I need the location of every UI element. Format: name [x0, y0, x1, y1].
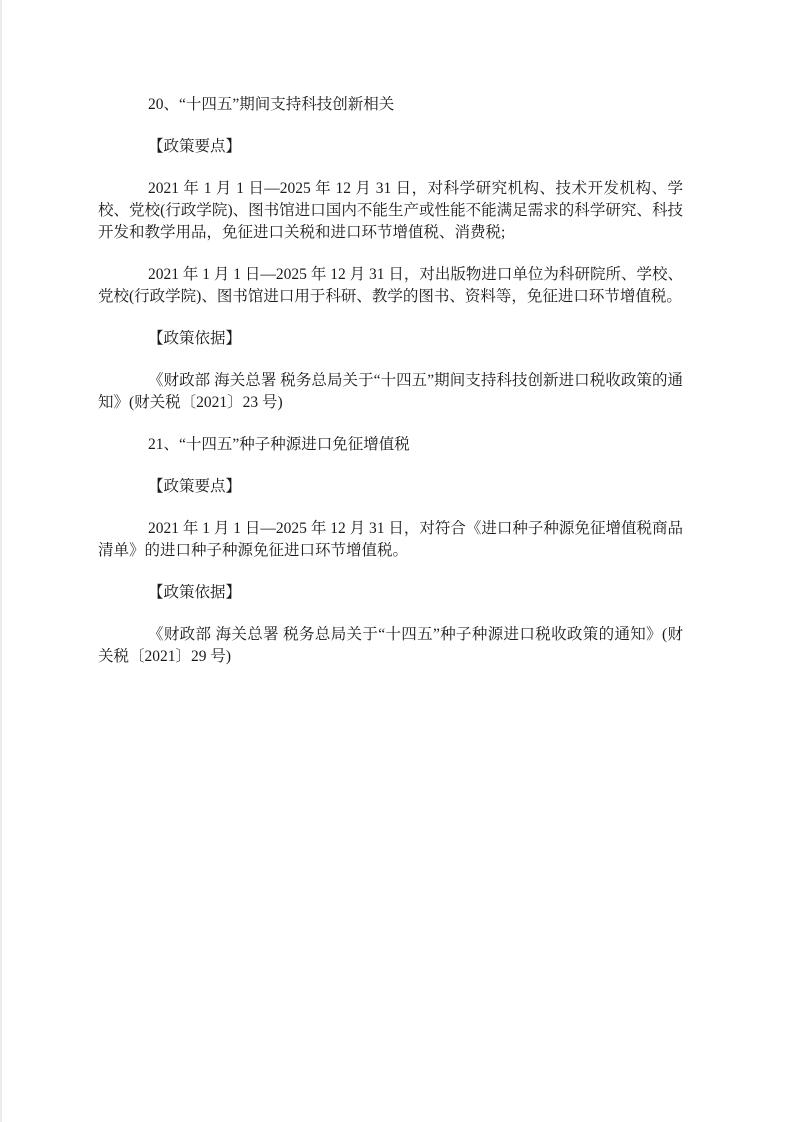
section-20-policy-basis-label: 【政策依据】: [98, 328, 683, 350]
section-21-heading: 21、“十四五”种子种源进口免征增值税: [98, 434, 683, 456]
section-20-policy-basis-paragraph: 《财政部 海关总署 税务总局关于“十四五”期间支持科技创新进口税收政策的通知》(…: [98, 370, 683, 414]
section-20: 20、“十四五”期间支持科技创新相关 【政策要点】 2021 年 1 月 1 日…: [98, 94, 683, 414]
document-body: 20、“十四五”期间支持科技创新相关 【政策要点】 2021 年 1 月 1 日…: [98, 94, 683, 668]
section-20-heading: 20、“十四五”期间支持科技创新相关: [98, 94, 683, 116]
section-21-policy-points-label: 【政策要点】: [98, 476, 683, 498]
section-21-policy-point-paragraph-1: 2021 年 1 月 1 日—2025 年 12 月 31 日，对符合《进口种子…: [98, 518, 683, 562]
section-20-policy-points-label: 【政策要点】: [98, 136, 683, 158]
document-page: 20、“十四五”期间支持科技创新相关 【政策要点】 2021 年 1 月 1 日…: [0, 0, 793, 1122]
section-20-policy-point-paragraph-1: 2021 年 1 月 1 日—2025 年 12 月 31 日，对科学研究机构、…: [98, 178, 683, 244]
section-21-policy-basis-paragraph: 《财政部 海关总署 税务总局关于“十四五”种子种源进口税收政策的通知》(财关税〔…: [98, 624, 683, 668]
section-21: 21、“十四五”种子种源进口免征增值税 【政策要点】 2021 年 1 月 1 …: [98, 434, 683, 668]
section-21-policy-basis-label: 【政策依据】: [98, 582, 683, 604]
section-20-policy-point-paragraph-2: 2021 年 1 月 1 日—2025 年 12 月 31 日，对出版物进口单位…: [98, 264, 683, 308]
